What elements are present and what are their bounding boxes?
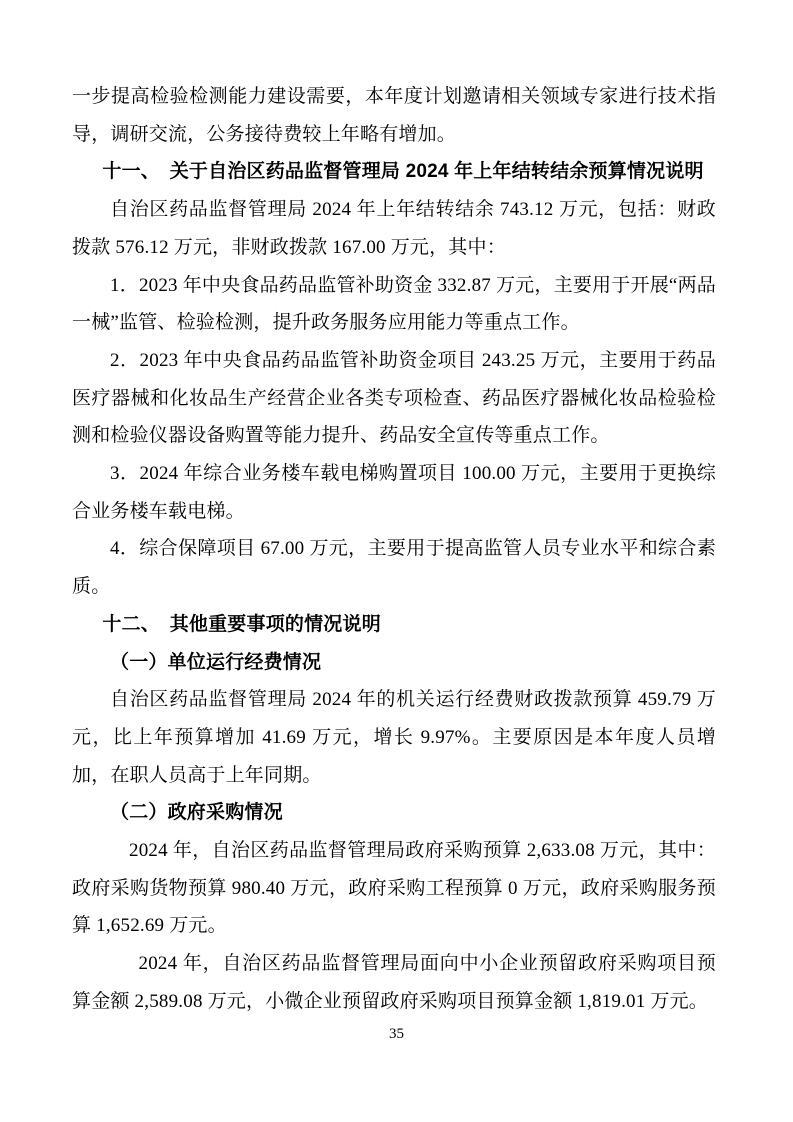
paragraph-item-4: 4．综合保障项目 67.00 万元，主要用于提高监管人员专业水平和综合素质。 xyxy=(72,530,716,605)
section-heading-11: 十一、 关于自治区药品监督管理局 2024 年上年结转结余预算情况说明 xyxy=(72,153,716,191)
subsection-heading-operating-funds: （一）单位运行经费情况 xyxy=(72,644,716,682)
document-body: 一步提高检验检测能力建设需要，本年度计划邀请相关领域专家进行技术指导，调研交流，… xyxy=(72,78,716,1021)
paragraph-continuation: 一步提高检验检测能力建设需要，本年度计划邀请相关领域专家进行技术指导，调研交流，… xyxy=(72,78,716,153)
paragraph-operating-funds: 自治区药品监督管理局 2024 年的机关运行经费财政拨款预算 459.79 万元… xyxy=(72,681,716,794)
paragraph-procurement-sme: 2024 年，自治区药品监督管理局面向中小企业预留政府采购项目预算金额 2,58… xyxy=(72,945,716,1020)
subsection-heading-procurement: （二）政府采购情况 xyxy=(72,794,716,832)
paragraph-carryover-summary: 自治区药品监督管理局 2024 年上年结转结余 743.12 万元，包括：财政拨… xyxy=(72,191,716,266)
document-page: 一步提高检验检测能力建设需要，本年度计划邀请相关领域专家进行技术指导，调研交流，… xyxy=(0,0,793,1122)
paragraph-item-2: 2．2023 年中央食品药品监管补助资金项目 243.25 万元，主要用于药品医… xyxy=(72,342,716,455)
section-heading-12: 十二、 其他重要事项的情况说明 xyxy=(72,606,716,644)
paragraph-item-3: 3．2024 年综合业务楼车载电梯购置项目 100.00 万元，主要用于更换综合… xyxy=(72,455,716,530)
paragraph-procurement-budget: 2024 年，自治区药品监督管理局政府采购预算 2,633.08 万元，其中：政… xyxy=(72,832,716,945)
page-number: 35 xyxy=(0,1024,793,1044)
paragraph-item-1: 1．2023 年中央食品药品监管补助资金 332.87 万元，主要用于开展“两品… xyxy=(72,267,716,342)
